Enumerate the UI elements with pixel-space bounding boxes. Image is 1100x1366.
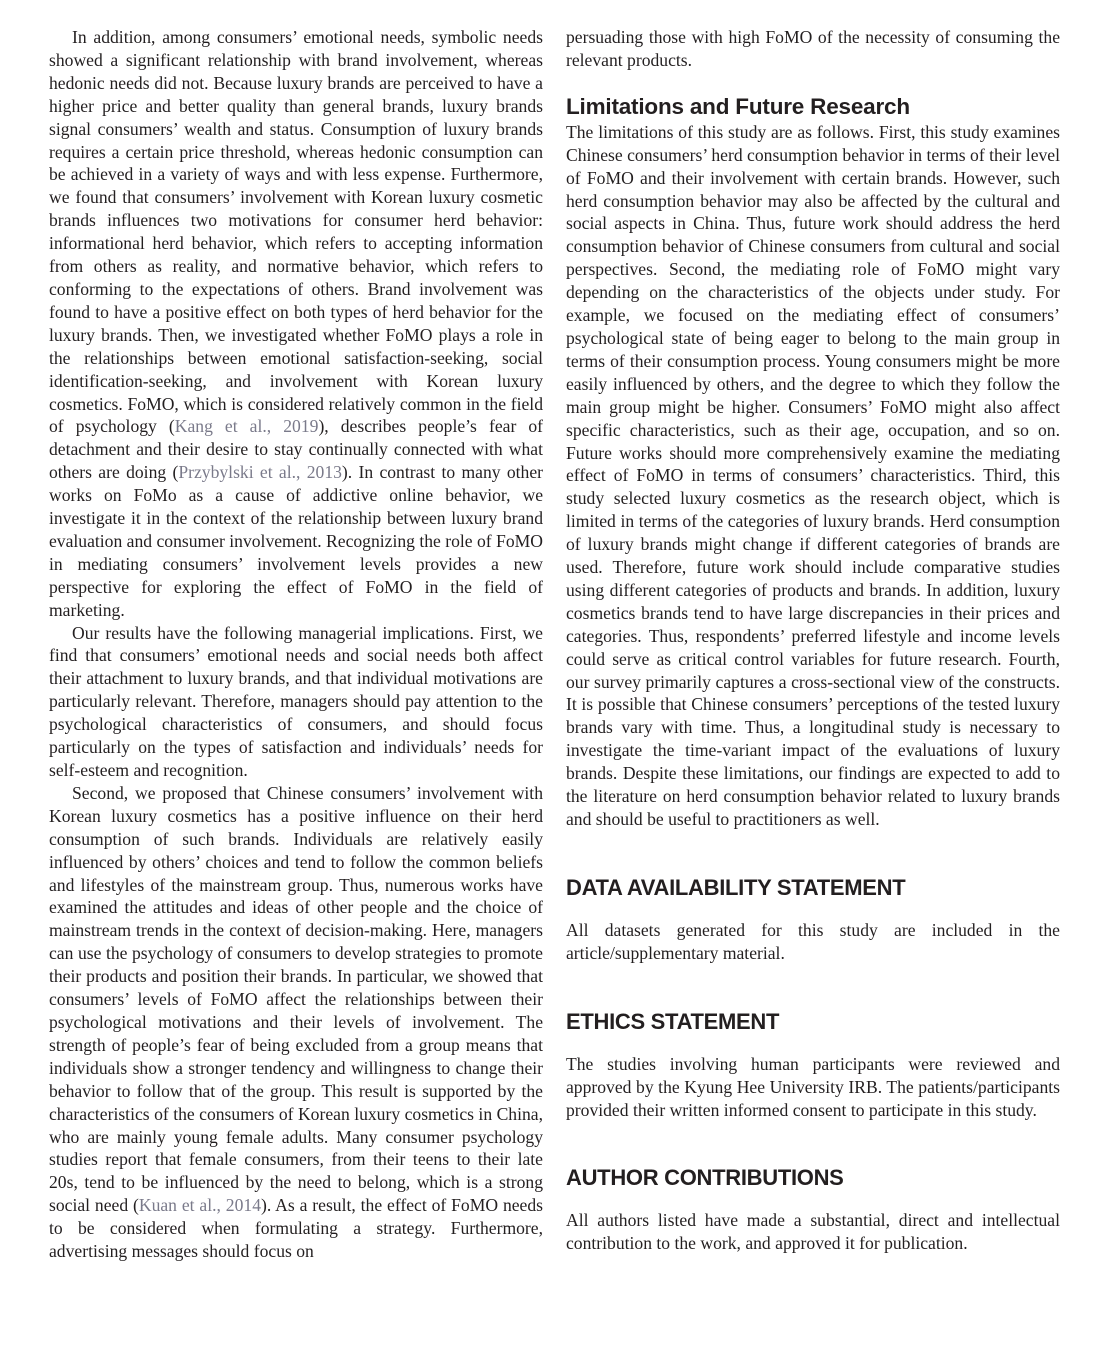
citation-link-kang-2019[interactable]: Kang et al., 2019 xyxy=(175,416,319,436)
citation-link-przybylski-2013[interactable]: Przybylski et al., 2013 xyxy=(178,462,342,482)
left-column: In addition, among consumers’ emotional … xyxy=(49,26,543,1263)
paragraph-discussion: In addition, among consumers’ emotional … xyxy=(49,26,543,622)
paragraph-continuation: persuading those with high FoMO of the n… xyxy=(566,26,1060,72)
paper-page: In addition, among consumers’ emotional … xyxy=(0,0,1100,1366)
paragraph-ethics: The studies involving human participants… xyxy=(566,1053,1060,1122)
heading-limitations: Limitations and Future Research xyxy=(566,94,1060,120)
heading-data-availability: DATA AVAILABILITY STATEMENT xyxy=(566,875,1060,901)
citation-link-kuan-2014[interactable]: Kuan et al., 2014 xyxy=(139,1195,261,1215)
paragraph-data-availability: All datasets generated for this study ar… xyxy=(566,919,1060,965)
paragraph-limitations: The limitations of this study are as fol… xyxy=(566,121,1060,831)
paragraph-text: ). In contrast to many other works on Fo… xyxy=(49,462,543,619)
paragraph-text: Second, we proposed that Chinese consume… xyxy=(49,783,543,1215)
paragraph-managerial-implications: Our results have the following manageria… xyxy=(49,622,543,782)
heading-ethics: ETHICS STATEMENT xyxy=(566,1009,1060,1035)
paragraph-text: In addition, among consumers’ emotional … xyxy=(49,27,543,436)
paragraph-author-contributions: All authors listed have made a substanti… xyxy=(566,1209,1060,1255)
paragraph-second-implication: Second, we proposed that Chinese consume… xyxy=(49,782,543,1263)
right-column: persuading those with high FoMO of the n… xyxy=(566,26,1060,1255)
heading-author-contributions: AUTHOR CONTRIBUTIONS xyxy=(566,1165,1060,1191)
